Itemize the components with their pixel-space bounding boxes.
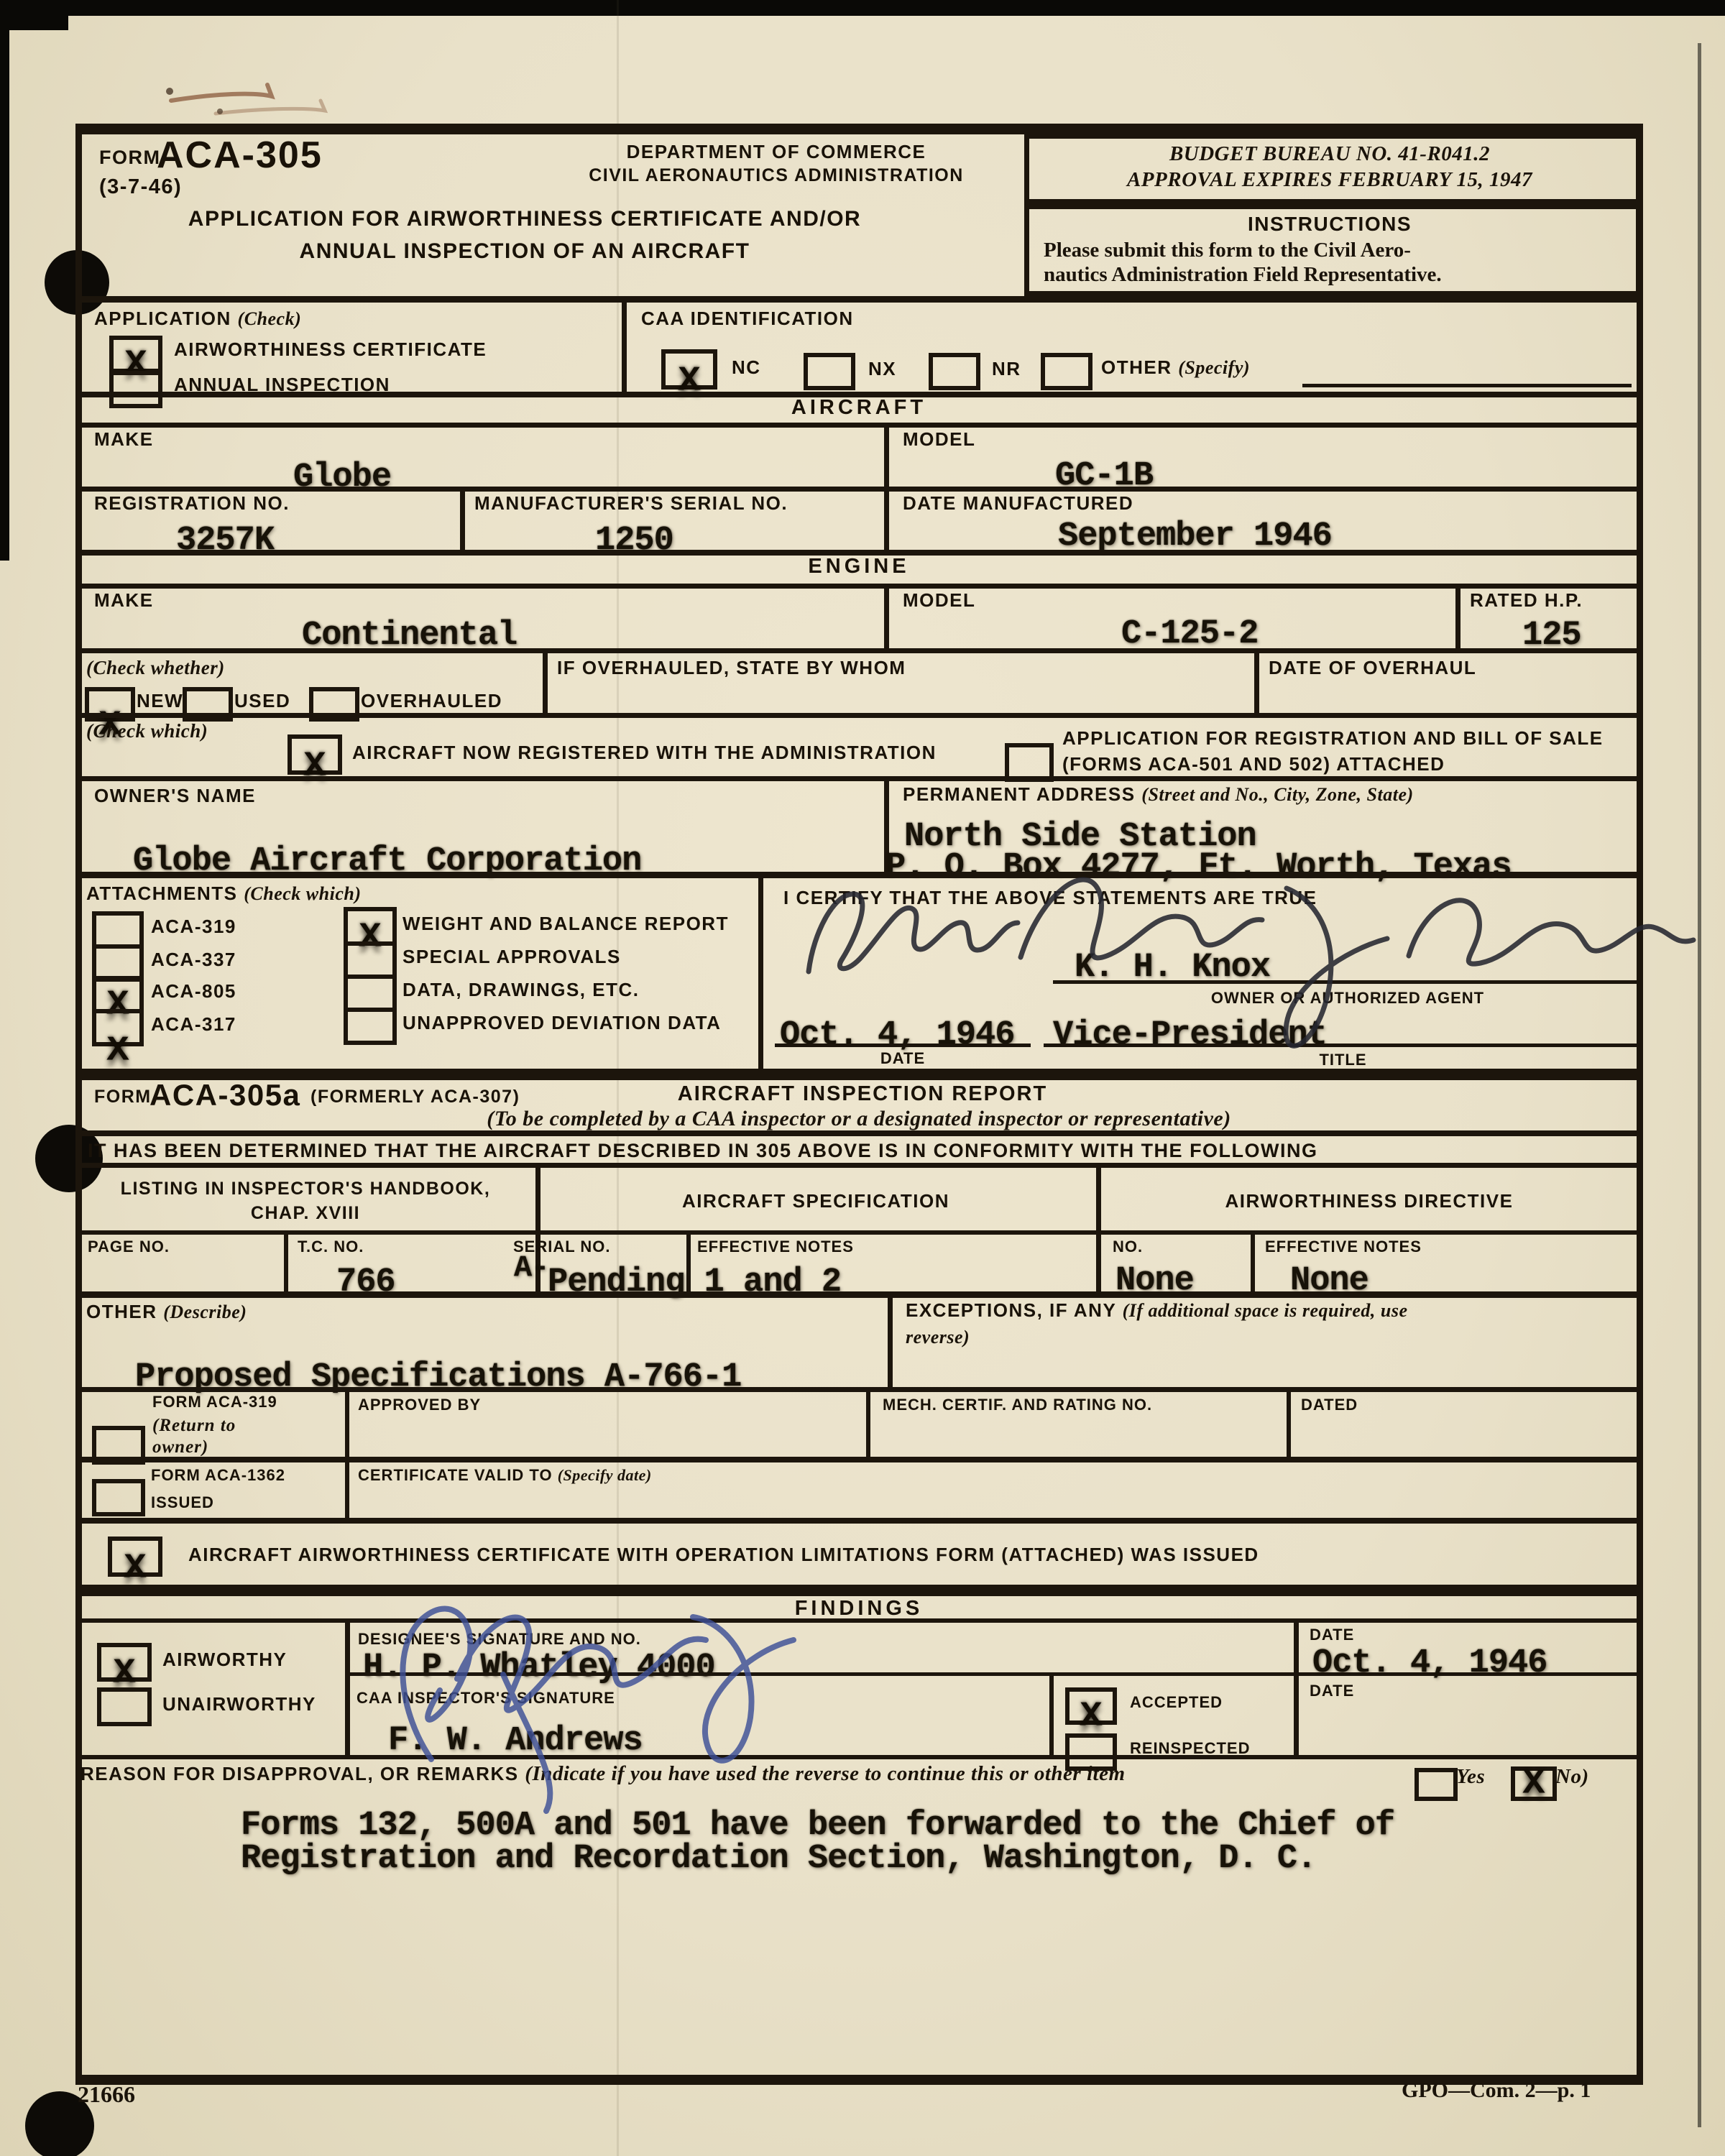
- application-label: APPLICATION (Check): [94, 308, 301, 330]
- findings-date-value: Oct. 4, 1946: [1312, 1644, 1547, 1682]
- instructions-line2: nautics Administration Field Representat…: [1044, 263, 1442, 287]
- form-title-line2: ANNUAL INSPECTION OF AN AIRCRAFT: [165, 239, 884, 264]
- other-id-label: OTHER (Specify): [1101, 356, 1250, 379]
- ad-no-label: NO.: [1113, 1238, 1143, 1256]
- rule-line: [75, 1230, 1642, 1235]
- date-manufactured-label: DATE MANUFACTURED: [903, 492, 1133, 515]
- if-overhauled-label: IF OVERHAULED, STATE BY WHOM: [557, 657, 906, 679]
- engine-new-label: NEW: [137, 690, 183, 712]
- divider-line: [888, 1291, 893, 1387]
- section-break-line: [75, 1069, 1642, 1080]
- department-line1: DEPARTMENT OF COMMERCE: [532, 141, 1021, 163]
- budget-line2: APPROVAL EXPIRES FEBRUARY 15, 1947: [1035, 168, 1624, 192]
- accepted-label: ACCEPTED: [1130, 1693, 1223, 1712]
- special-approvals-label: SPECIAL APPROVALS: [402, 946, 621, 968]
- unairworthy-checkbox: [97, 1687, 152, 1726]
- attachments-note: (Check which): [244, 883, 361, 904]
- serial-no-label: MANUFACTURER'S SERIAL NO.: [474, 492, 788, 515]
- permanent-address-note: (Street and No., City, Zone, State): [1141, 784, 1413, 805]
- divider-line: [1096, 1163, 1101, 1291]
- engine-section-title: ENGINE: [75, 555, 1642, 579]
- remarks-yes-label: Yes: [1456, 1765, 1485, 1789]
- rule-line: [75, 776, 1642, 781]
- ad-effective-notes-label: EFFECTIVE NOTES: [1265, 1238, 1422, 1256]
- nc-label: NC: [732, 356, 761, 379]
- scan-edge-top: [0, 0, 1725, 16]
- owners-name-label: OWNER'S NAME: [94, 785, 256, 807]
- aca-319-checkbox: [92, 911, 144, 949]
- aca-319-label: ACA-319: [151, 916, 236, 938]
- address-line2-value: P. O. Box 4277, Ft. Worth, Texas: [885, 848, 1512, 886]
- date-line: [775, 1044, 1031, 1047]
- certify-title-value: Vice-President: [1053, 1016, 1327, 1054]
- rule-line: [75, 872, 1642, 878]
- page-no-label: PAGE NO.: [88, 1238, 170, 1256]
- aca-337-label: ACA-337: [151, 949, 236, 971]
- disapproval-label: REASON FOR DISAPPROVAL, OR REMARKS (Indi…: [80, 1762, 1126, 1786]
- attachments-caps: ATTACHMENTS: [86, 883, 238, 904]
- form-title-line1: APPLICATION FOR AIRWORTHINESS CERTIFICAT…: [165, 207, 884, 231]
- nc-checkbox: [661, 349, 717, 390]
- rated-hp-label: RATED H.P.: [1470, 589, 1583, 612]
- check-whether-label: (Check whether): [86, 657, 225, 679]
- divider-line: [543, 648, 548, 713]
- nx-label: NX: [868, 358, 896, 380]
- rule-line: [75, 1457, 1642, 1462]
- findings-date-label: DATE: [1310, 1626, 1354, 1644]
- designee-signature-typed: H. P. Whatley 4000: [363, 1649, 715, 1687]
- weight-balance-checkbox: [344, 907, 397, 946]
- rule-line: [75, 1291, 1642, 1298]
- exceptions-note1: (If additional space is required, use: [1123, 1300, 1408, 1321]
- exceptions-note2: reverse): [906, 1327, 970, 1348]
- engine-model-label: MODEL: [903, 589, 975, 612]
- rule-line: [75, 584, 1642, 589]
- exceptions-label: EXCEPTIONS, IF ANY (If additional space …: [906, 1299, 1408, 1322]
- data-drawings-label: DATA, DRAWINGS, ETC.: [402, 979, 639, 1001]
- form-aca-1362-label2: ISSUED: [151, 1493, 214, 1512]
- aircraft-model-label: MODEL: [903, 428, 975, 451]
- other-describe-label: OTHER (Describe): [86, 1301, 247, 1323]
- divider-line: [345, 1457, 349, 1518]
- other-id-note: (Specify): [1178, 357, 1250, 378]
- aca-317-label: ACA-317: [151, 1013, 236, 1036]
- col-spec: AIRCRAFT SPECIFICATION: [535, 1190, 1096, 1212]
- application-label-caps: APPLICATION: [94, 308, 231, 329]
- registration-no-label: REGISTRATION NO.: [94, 492, 290, 515]
- bill-of-sale-label-line1: APPLICATION FOR REGISTRATION AND BILL OF…: [1062, 727, 1604, 750]
- airworthiness-certificate-checkbox: [109, 336, 162, 373]
- registered-checkbox: [287, 734, 342, 775]
- data-drawings-checkbox: [344, 975, 397, 1012]
- col-listing-line1: LISTING IN INSPECTOR'S HANDBOOK,: [75, 1179, 535, 1199]
- certify-title-label: TITLE: [1044, 1051, 1642, 1069]
- form2-formerly: (FORMERLY ACA-307): [310, 1087, 520, 1107]
- scan-edge-left: [0, 0, 9, 561]
- form-word: FORM: [99, 147, 160, 169]
- permanent-address-label: PERMANENT ADDRESS (Street and No., City,…: [903, 783, 1414, 806]
- certificate-valid-label: CERTIFICATE VALID TO (Specify date): [358, 1466, 652, 1485]
- form-aca-319-label: FORM ACA-319: [152, 1393, 277, 1411]
- form-revision: (3-7-46): [99, 175, 182, 199]
- special-approvals-checkbox: [344, 941, 397, 979]
- findings-date2-label: DATE: [1310, 1682, 1354, 1700]
- certify-date-label: DATE: [775, 1049, 1031, 1068]
- divider-line: [1294, 1618, 1299, 1755]
- divider-line: [866, 1387, 870, 1457]
- certificate-issued-checkbox: [108, 1537, 162, 1577]
- accepted-checkbox: [1065, 1687, 1117, 1725]
- certify-statement: I CERTIFY THAT THE ABOVE STATEMENTS ARE …: [783, 887, 1317, 909]
- certificate-valid-note: (Specify date): [558, 1466, 652, 1484]
- scan-edge-corner: [0, 0, 68, 30]
- inspection-report-title: AIRCRAFT INSPECTION REPORT: [561, 1082, 1164, 1106]
- date-of-overhaul-label: DATE OF OVERHAUL: [1269, 657, 1476, 679]
- designee-signature-label: DESIGNEE'S SIGNATURE AND NO.: [358, 1630, 641, 1649]
- divider-line: [460, 487, 465, 550]
- instructions-title: INSTRUCTIONS: [1035, 213, 1624, 236]
- application-label-note: (Check): [238, 308, 302, 329]
- attachments-label: ATTACHMENTS (Check which): [86, 883, 361, 905]
- divider-line: [884, 584, 889, 648]
- other-note: (Describe): [163, 1302, 247, 1322]
- registered-label: AIRCRAFT NOW REGISTERED WITH THE ADMINIS…: [352, 742, 937, 764]
- scan-edge-right-line: [1698, 43, 1701, 2127]
- rule-line: [75, 1163, 1642, 1168]
- footer-gpo: GPO—Com. 2—p. 1: [1402, 2078, 1591, 2103]
- form-aca-319-note2: owner): [152, 1437, 208, 1457]
- divider-line: [345, 1618, 350, 1755]
- footer-stock-number: 21666: [78, 2081, 135, 2108]
- aca-805-checkbox: [92, 976, 144, 1013]
- pencil-scribble: [166, 85, 325, 114]
- divider-line: [1287, 1387, 1291, 1457]
- engine-used-label: USED: [234, 690, 290, 712]
- divider-line: [345, 1387, 349, 1457]
- unairworthy-label: UNAIRWORTHY: [162, 1693, 316, 1715]
- divider-line: [1455, 584, 1460, 648]
- signer-label: OWNER OR AUTHORIZED AGENT: [1053, 989, 1642, 1008]
- bill-of-sale-label-line2: (FORMS ACA-501 AND 502) ATTACHED: [1062, 753, 1445, 775]
- permanent-address-caps: PERMANENT ADDRESS: [903, 783, 1136, 805]
- title-line: [1044, 1044, 1642, 1047]
- budget-line1: BUDGET BUREAU NO. 41-R041.2: [1035, 142, 1624, 166]
- remarks-no-label: No): [1555, 1765, 1589, 1789]
- form2-word: FORM: [94, 1087, 152, 1107]
- scanned-form-page: FORM ACA-305 (3-7-46) DEPARTMENT OF COMM…: [0, 0, 1725, 2156]
- caa-inspector-label: CAA INSPECTOR'S SIGNATURE: [356, 1689, 615, 1708]
- check-which-label: (Check which): [86, 720, 208, 742]
- rule-line: [75, 1130, 1642, 1136]
- findings-section-title: FINDINGS: [75, 1597, 1642, 1621]
- divider-line: [758, 872, 763, 1069]
- aircraft-make-label: MAKE: [94, 428, 154, 451]
- rule-line: [75, 1387, 1642, 1392]
- engine-overhauled-label: OVERHAULED: [361, 690, 502, 712]
- serial-no2-value: A-: [514, 1250, 548, 1285]
- disapproval-note: (Indicate if you have used the reverse t…: [525, 1762, 1125, 1785]
- other-id-checkbox: [1041, 353, 1092, 390]
- section-break-line: [75, 1585, 1642, 1596]
- unapproved-deviation-checkbox: [344, 1008, 397, 1045]
- remarks-line2: Registration and Recordation Section, Wa…: [241, 1840, 1316, 1878]
- form-aca-1362-label1: FORM ACA-1362: [151, 1466, 285, 1485]
- other-id-blank-line: [1302, 384, 1632, 387]
- other-id-caps: OTHER: [1101, 356, 1172, 378]
- form-aca-1362-checkbox: [92, 1479, 145, 1516]
- inspection-report-subtitle: (To be completed by a CAA inspector or a…: [75, 1107, 1642, 1131]
- exceptions-caps: EXCEPTIONS, IF ANY: [906, 1299, 1116, 1321]
- caa-identification-label: CAA IDENTIFICATION: [641, 308, 854, 330]
- disapproval-caps: REASON FOR DISAPPROVAL, OR REMARKS: [80, 1763, 519, 1784]
- remarks-no-checkbox: [1511, 1766, 1557, 1801]
- effective-notes-label: EFFECTIVE NOTES: [697, 1238, 854, 1256]
- signature-line: [1053, 980, 1642, 984]
- rule-line: [75, 648, 1642, 653]
- form-aca-319-note1: (Return to: [152, 1416, 236, 1436]
- form-number: ACA-305: [157, 134, 323, 177]
- remarks-yes-checkbox: [1414, 1768, 1458, 1801]
- rule-line: [75, 1755, 1642, 1759]
- divider-line: [622, 296, 627, 392]
- nr-label: NR: [992, 358, 1021, 380]
- airworthy-label: AIRWORTHY: [162, 1649, 287, 1671]
- department-line2: CIVIL AERONAUTICS ADMINISTRATION: [532, 165, 1021, 186]
- rule-line: [75, 1518, 1642, 1524]
- instructions-line1: Please submit this form to the Civil Aer…: [1044, 239, 1411, 262]
- divider-line: [1254, 648, 1259, 713]
- determination-statement: IT HAS BEEN DETERMINED THAT THE AIRCRAFT…: [88, 1140, 1318, 1162]
- nr-checkbox: [929, 353, 980, 390]
- engine-make-label: MAKE: [94, 589, 154, 612]
- col-directive: AIRWORTHINESS DIRECTIVE: [1096, 1190, 1642, 1212]
- approved-by-label: APPROVED BY: [358, 1396, 481, 1414]
- rule-line: [75, 423, 1642, 428]
- tc-no-label: T.C. NO.: [298, 1238, 364, 1256]
- rule-line: [75, 296, 1642, 303]
- airworthy-checkbox: [97, 1643, 152, 1682]
- nx-checkbox: [804, 353, 855, 390]
- divider-line: [1251, 1230, 1255, 1291]
- other-caps: OTHER: [86, 1301, 157, 1322]
- dated-label: DATED: [1301, 1396, 1358, 1414]
- rule-line: [75, 1618, 1642, 1623]
- certificate-issued-label: AIRCRAFT AIRWORTHINESS CERTIFICATE WITH …: [188, 1544, 1259, 1566]
- aca-805-label: ACA-805: [151, 980, 236, 1003]
- unapproved-deviation-label: UNAPPROVED DEVIATION DATA: [402, 1012, 721, 1034]
- rule-line: [75, 487, 1642, 492]
- certificate-valid-caps: CERTIFICATE VALID TO: [358, 1466, 553, 1484]
- mech-certif-label: MECH. CERTIF. AND RATING NO.: [883, 1396, 1152, 1414]
- rule-line: [75, 713, 1642, 718]
- divider-line: [284, 1230, 288, 1291]
- col-listing-line2: CHAP. XVIII: [75, 1203, 535, 1224]
- weight-balance-label: WEIGHT AND BALANCE REPORT: [402, 913, 729, 935]
- aca-317-checkbox: [92, 1009, 144, 1046]
- airworthiness-certificate-label: AIRWORTHINESS CERTIFICATE: [174, 338, 487, 361]
- divider-line: [1049, 1672, 1054, 1755]
- aircraft-section-title: AIRCRAFT: [75, 396, 1642, 420]
